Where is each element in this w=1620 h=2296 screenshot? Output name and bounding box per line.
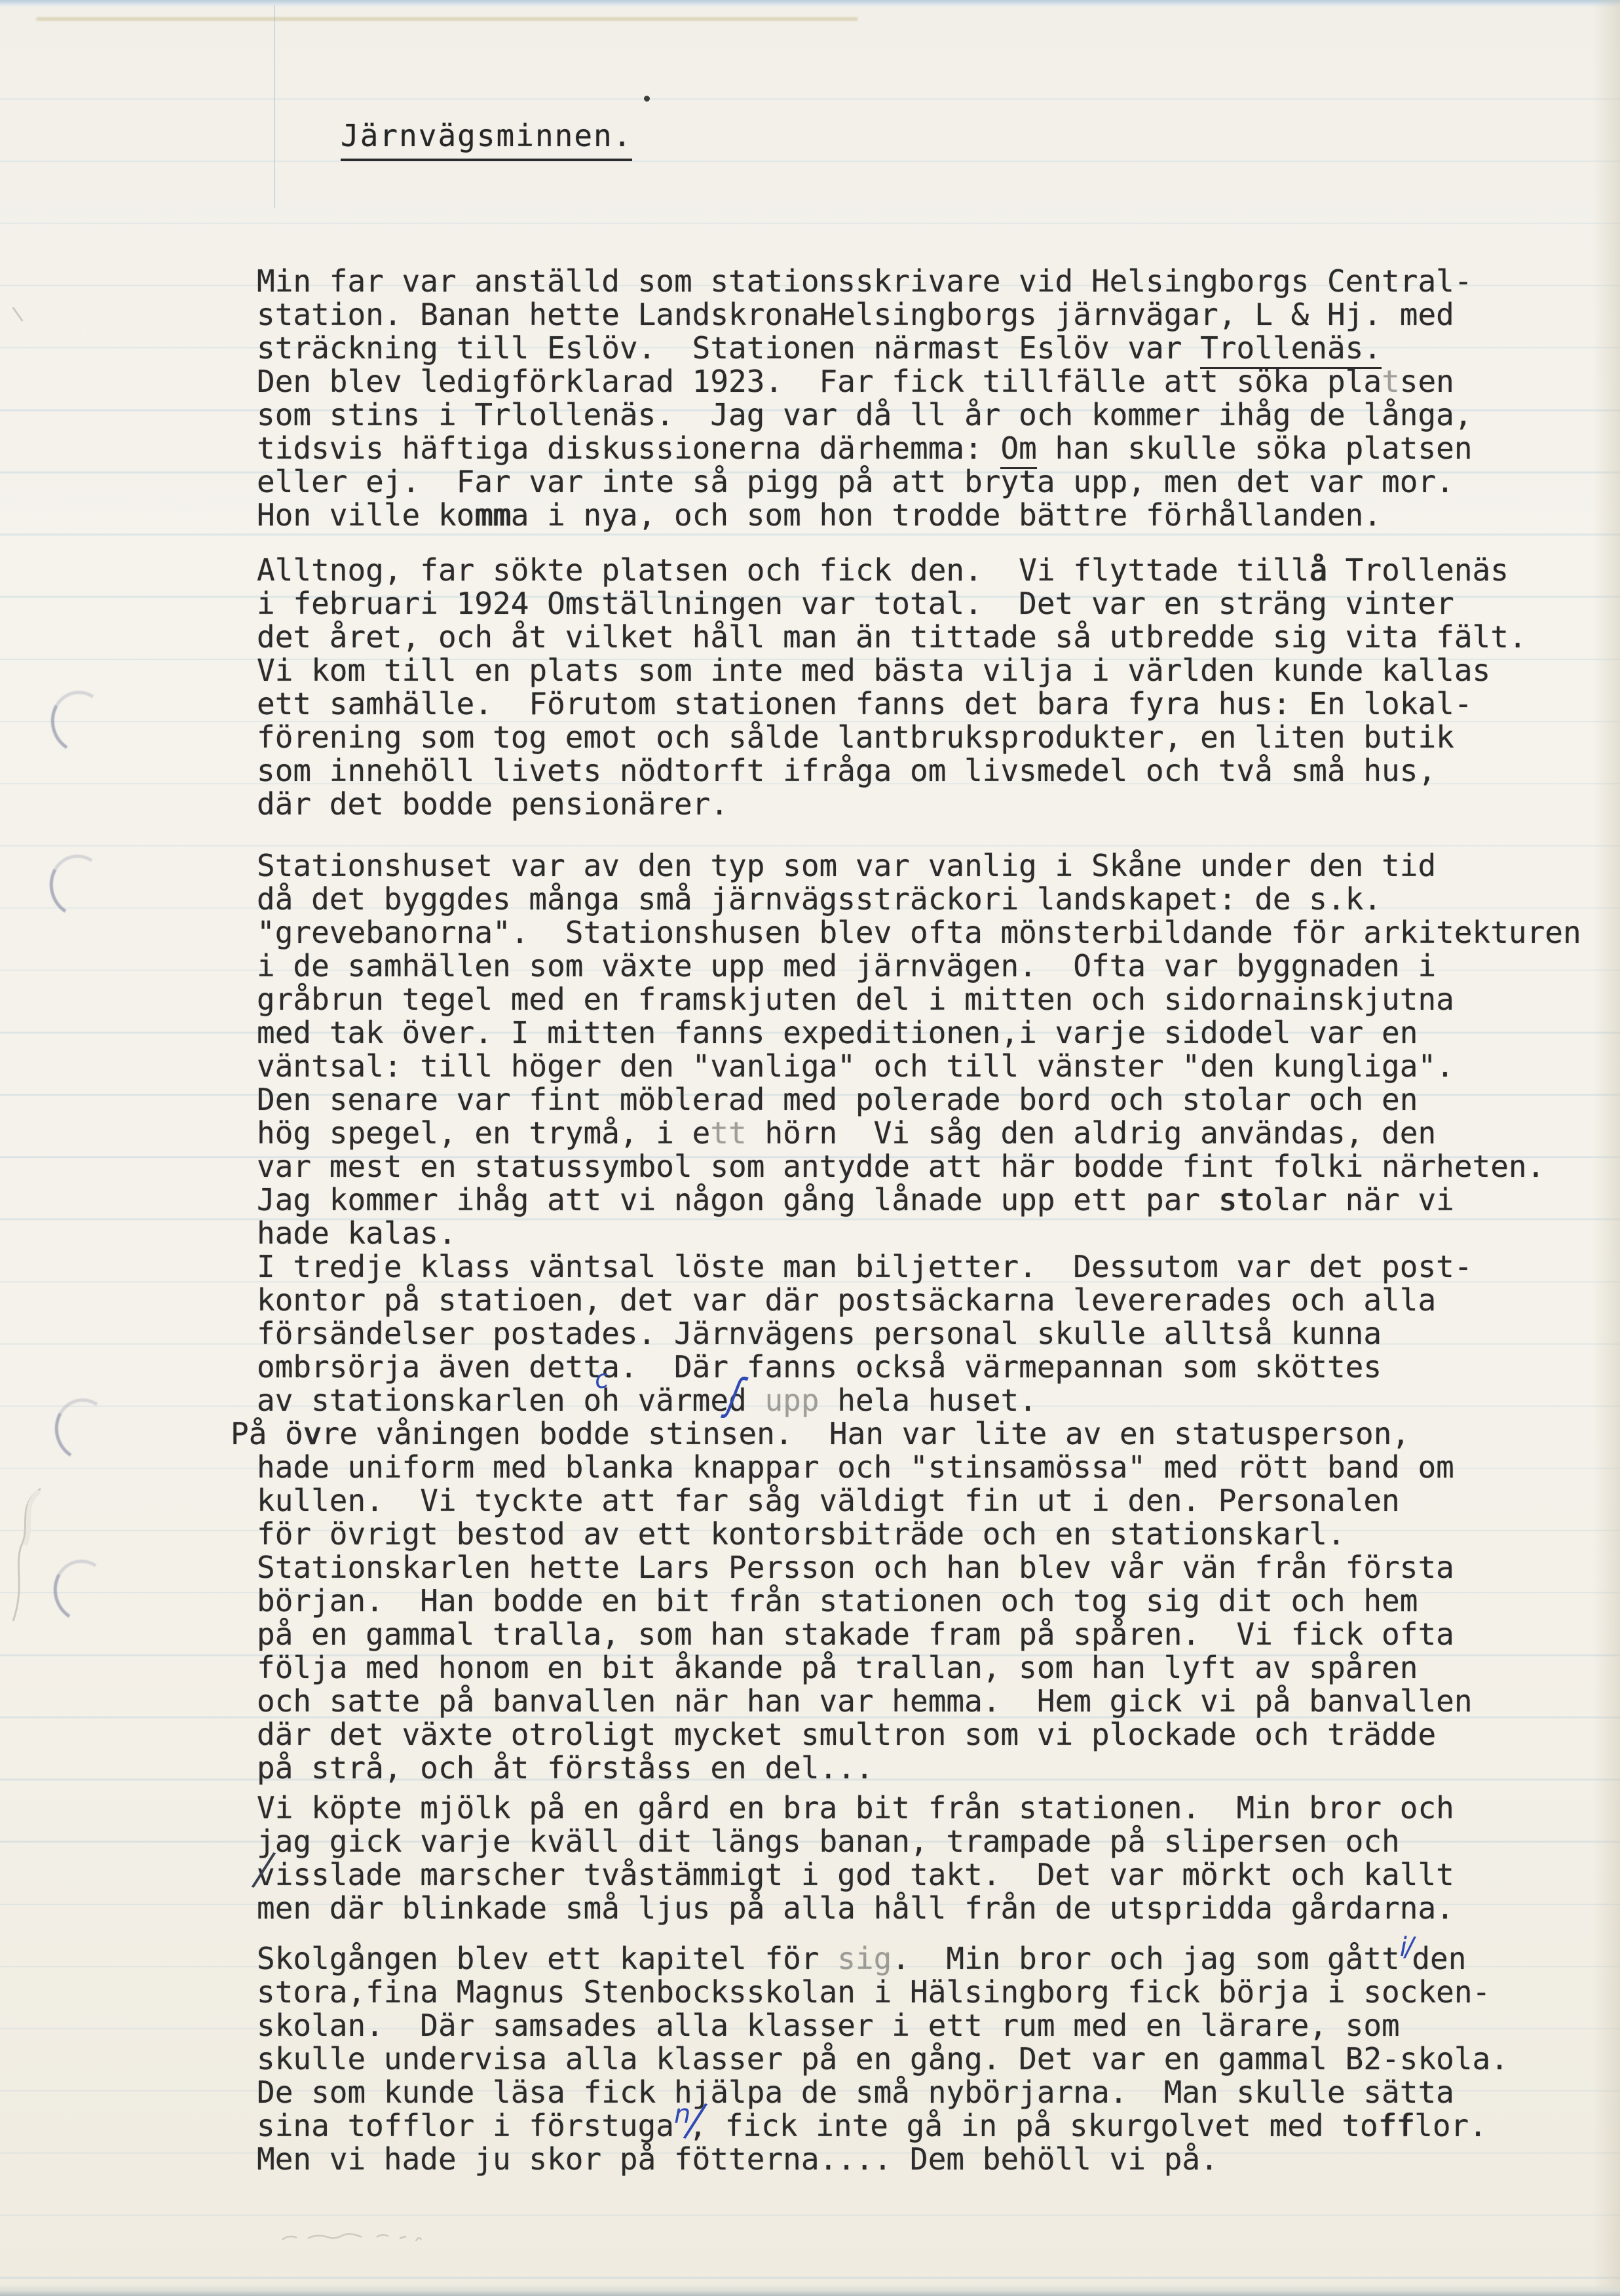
typed-line: Den senare var fint möblerad med polerad… — [257, 1083, 1560, 1117]
typed-line: eller ej. Far var inte så pigg på att br… — [257, 465, 1560, 499]
typed-line: hade uniform med blanka knappar och "sti… — [257, 1451, 1560, 1484]
typed-line: i februari 1924 Omställningen var total.… — [257, 587, 1560, 621]
typed-line: där det växte otroligt mycket smultron s… — [257, 1718, 1560, 1751]
typed-line: av stationskarlen ohc värmedʃ upp hela h… — [257, 1384, 1560, 1417]
typed-paragraph: Stationshuset var av den typ som var van… — [257, 849, 1560, 1551]
typed-line: kullen. Vi tyckte att far såg väldigt fi… — [257, 1484, 1560, 1518]
typed-line: men där blinkade små ljus på alla håll f… — [257, 1892, 1560, 1925]
typed-line: med tak över. I mitten fanns expeditione… — [257, 1016, 1560, 1050]
typed-line: "grevebanorna". Stationshusen blev ofta … — [257, 916, 1560, 949]
page-title: Järnvägsminnen. — [341, 118, 632, 161]
paper-stain-streak — [36, 17, 858, 21]
typed-line: följa med honom en bit åkande på trallan… — [257, 1651, 1560, 1685]
scanned-typewritten-page: { "document": { "title": "Järnvägsminnen… — [0, 0, 1620, 2296]
typed-line: skulle undervisa alla klasser på en gång… — [257, 2042, 1560, 2076]
typed-line: på en gammal tralla, som han stakade fra… — [257, 1618, 1560, 1651]
typed-line: Den blev ledigförklarad 1923. Far fick t… — [257, 365, 1560, 398]
punch-hole — [48, 1392, 120, 1467]
typed-line: på strå, och åt förståss en del... — [257, 1751, 1560, 1785]
typed-line: i de samhällen som växte upp med järnväg… — [257, 949, 1560, 983]
typed-text-body: Min far var anställd som stationsskrivar… — [257, 265, 1560, 2176]
typed-line: Jag kommer ihåg att vi någon gång lånade… — [257, 1183, 1560, 1217]
scan-right-shadow — [1592, 0, 1620, 2296]
typed-line: Skolgången blev ett kapitel för sig. Min… — [257, 1942, 1560, 1976]
typed-line: Stationshuset var av den typ som var van… — [257, 849, 1560, 883]
pencil-tick — [12, 307, 23, 322]
typed-line: och satte på banvallen när han var hemma… — [257, 1685, 1560, 1718]
typed-line: stora,fina Magnus Stenbocksskolan i Häls… — [257, 1976, 1560, 2009]
typed-line: Stationskarlen hette Lars Persson och ha… — [257, 1551, 1560, 1584]
scan-bottom-edge — [0, 2284, 1620, 2296]
typed-line: Vi köpte mjölk på en gård en bra bit frå… — [257, 1791, 1560, 1825]
paper-crease-line — [274, 5, 275, 208]
typed-line: för övrigt bestod av ett kontorsbiträde … — [257, 1518, 1560, 1551]
typed-line: då det byggdes många små järnvägssträcko… — [257, 883, 1560, 916]
typed-line: Min far var anställd som stationsskrivar… — [257, 265, 1560, 298]
typed-line: Alltnog, far sökte platsen och fick den.… — [257, 554, 1560, 587]
typed-line: skolan. Där samsades alla klasser i ett … — [257, 2009, 1560, 2042]
typed-line: det året, och åt vilket håll man än titt… — [257, 621, 1560, 654]
typed-paragraph: Vi köpte mjölk på en gård en bra bit frå… — [257, 1791, 1560, 1925]
typed-paragraph: Alltnog, far sökte platsen och fick den.… — [257, 554, 1560, 821]
typed-line: I tredje klass väntsal löste man biljett… — [257, 1250, 1560, 1284]
typed-line: väntsal: till höger den "vanliga" och ti… — [257, 1050, 1560, 1083]
typed-line: jag gick varje kväll dit längs banan, tr… — [257, 1825, 1560, 1858]
stray-ink-dot — [644, 96, 650, 102]
typed-line: gråbrun tegel med en framskjuten del i m… — [257, 983, 1560, 1016]
paper-tear — [0, 1486, 59, 1624]
typed-line: kontor på statioen, det var där postsäck… — [257, 1284, 1560, 1317]
typed-line: hade kalas. — [257, 1217, 1560, 1250]
typed-paragraph: Min far var anställd som stationsskrivar… — [257, 265, 1560, 532]
pencil-scribble — [278, 2227, 488, 2249]
typed-line: v/isslade marscher tvåstämmigt i god tak… — [257, 1858, 1560, 1892]
typed-line: var mest en statussymbol som antydde att… — [257, 1150, 1560, 1183]
typed-line: ombrsörja även detta. Där fanns också vä… — [257, 1350, 1560, 1384]
typed-line: På övre våningen bodde stinsen. Han var … — [231, 1417, 1560, 1451]
typed-paragraph: Skolgången blev ett kapitel för sig. Min… — [257, 1942, 1560, 2176]
typed-paragraph: Stationskarlen hette Lars Persson och ha… — [257, 1551, 1560, 1785]
typed-line: sina tofflor i förstugan,/ fick inte gå … — [257, 2109, 1560, 2143]
punch-hole — [43, 849, 115, 923]
typed-line: förening som tog emot och sålde lantbruk… — [257, 721, 1560, 754]
typed-line: Vi kom till en plats som inte med bästa … — [257, 654, 1560, 687]
scan-top-edge — [0, 0, 1620, 7]
typed-line: början. Han bodde en bit från stationen … — [257, 1584, 1560, 1618]
typed-line: sträckning till Eslöv. Stationen närmast… — [257, 332, 1560, 365]
typed-line: De som kunde läsa fick hjälpa de små nyb… — [257, 2076, 1560, 2109]
typed-line: station. Banan hette LandskronaHelsingbo… — [257, 298, 1560, 332]
typed-line: som innehöll livets nödtorft ifråga om l… — [257, 754, 1560, 788]
typed-line: ett samhälle. Förutom stationen fanns de… — [257, 687, 1560, 721]
typed-line: som stins i Trlollenäs. Jag var då ll år… — [257, 398, 1560, 432]
typed-line: hög spegel, en trymå, i ett hörn Vi såg … — [257, 1117, 1560, 1150]
typed-line: tidsvis häftiga diskussionerna därhemma:… — [257, 432, 1560, 465]
typed-line: Hon ville komma i nya, och som hon trodd… — [257, 499, 1560, 532]
typed-line: Men vi hade ju skor på fötterna.... Dem … — [257, 2143, 1560, 2176]
punch-hole — [45, 685, 116, 759]
typed-line: försändelser postades. Järnvägens person… — [257, 1317, 1560, 1350]
typed-line: där det bodde pensionärer. — [257, 788, 1560, 821]
